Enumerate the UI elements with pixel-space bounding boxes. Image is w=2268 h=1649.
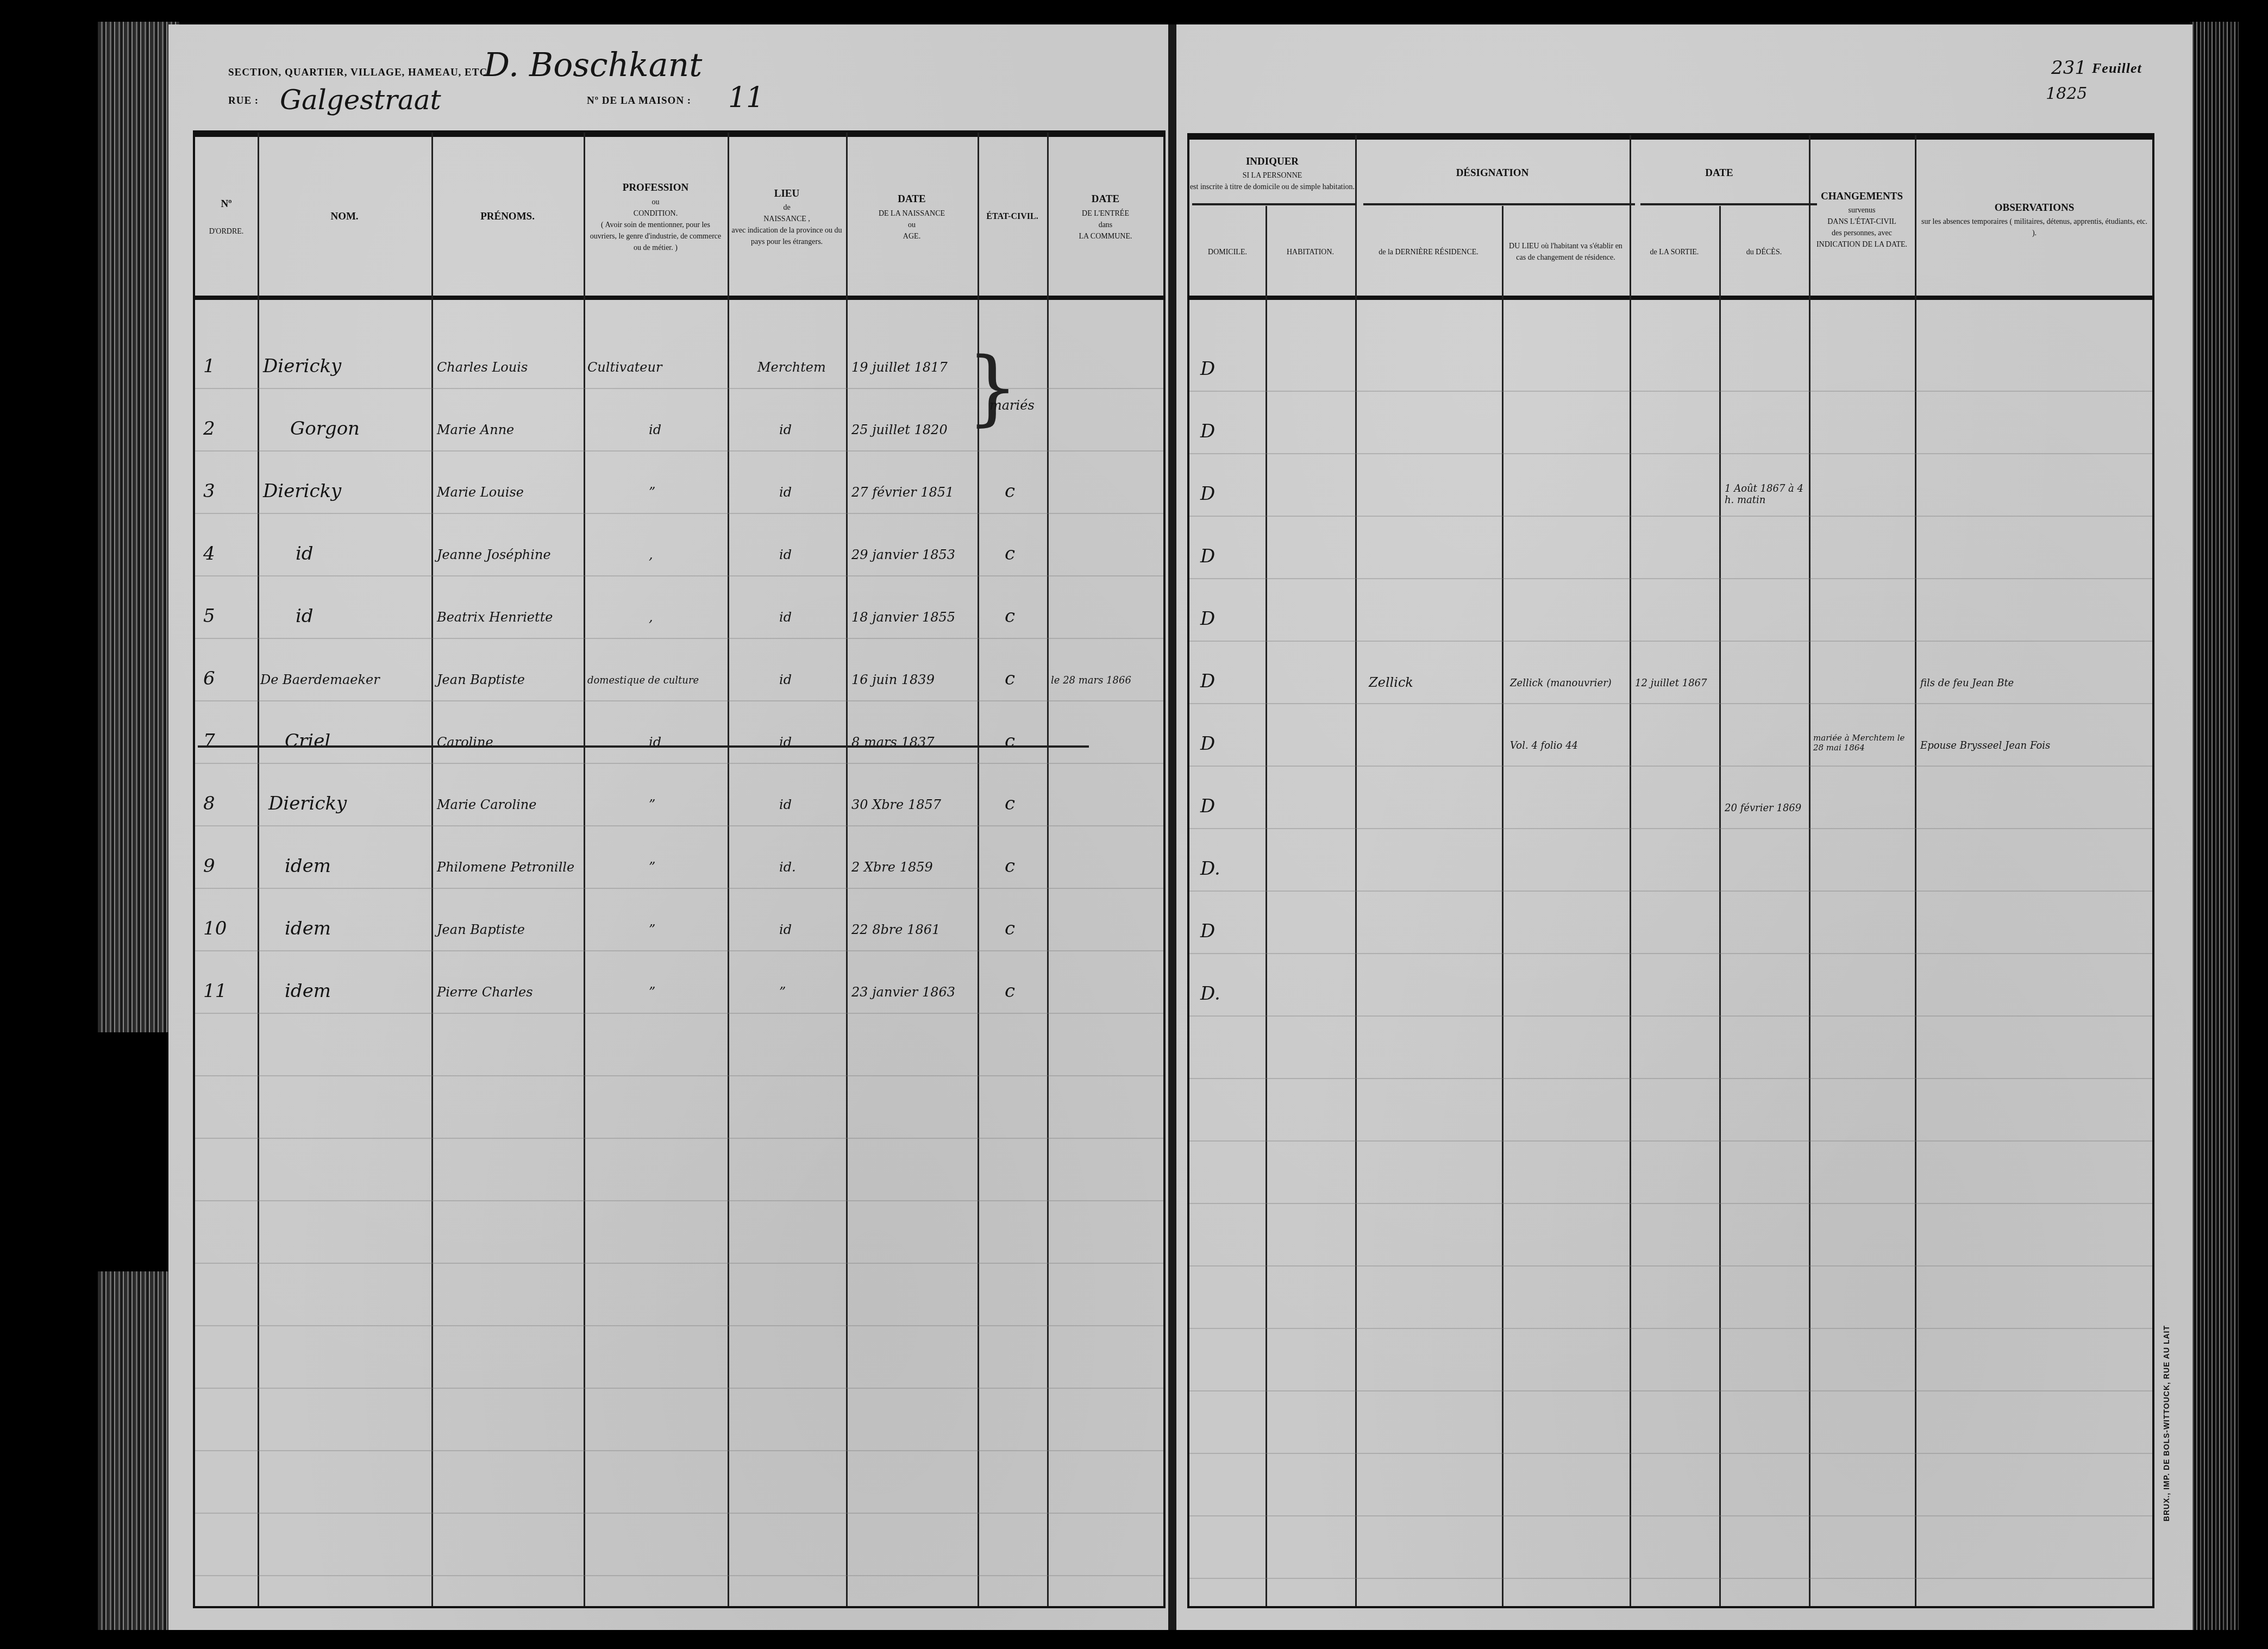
col-header-indiquer: INDIQUER SI LA PERSONNE est inscrite à t… xyxy=(1189,141,1355,206)
census-table-right: INDIQUER SI LA PERSONNE est inscrite à t… xyxy=(1187,133,2154,1608)
derniere-residence: Zellick xyxy=(1369,675,1413,690)
domicile-mark: D xyxy=(1200,733,1215,755)
street-label: RUE : xyxy=(228,95,259,107)
top-rule xyxy=(195,133,1163,137)
col-header-lieu: LIEU de NAISSANCE , avec indication de l… xyxy=(728,138,846,296)
folio-handwritten: 1825 xyxy=(2046,84,2087,103)
domicile-mark: D xyxy=(1200,483,1215,505)
header-rule xyxy=(195,296,1163,300)
col-header-changements: CHANGEMENTS survenus DANS L'ÉTAT-CIVIL d… xyxy=(1809,141,1915,298)
domicile-mark: D. xyxy=(1200,858,1220,880)
marriage-brace: } xyxy=(967,347,1018,429)
deces-date: 20 février 1869 xyxy=(1725,802,1801,814)
census-table-left: Nº D'ORDRE. NOM. PRÉNOMS. PROFESSION ou … xyxy=(193,130,1166,1608)
folio-number: 231 xyxy=(2051,57,2087,79)
lieu-etablissement: Zellick (manouvrier) xyxy=(1510,678,1612,689)
col-header-date-entree: DATE DE L'ENTRÉE dans LA COMMUNE. xyxy=(1047,138,1164,296)
col-header-date-naissance: DATE DE LA NAISSANCE ou AGE. xyxy=(846,138,978,296)
domicile-mark: D xyxy=(1200,670,1215,692)
observation: Epouse Brysseel Jean Fois xyxy=(1920,740,2050,751)
left-page: SECTION, QUARTIER, VILLAGE, HAMEAU, ETC.… xyxy=(168,24,1179,1630)
binding-tab xyxy=(22,1032,179,1271)
observation: fils de feu Jean Bte xyxy=(1920,678,2014,689)
col-header-sortie: de LA SORTIE. xyxy=(1630,209,1719,296)
bracket-note: mariés xyxy=(989,398,1035,413)
col-header-habitation: HABITATION. xyxy=(1265,209,1355,296)
col-header-profession: PROFESSION ou CONDITION. ( Avoir soin de… xyxy=(584,138,728,296)
col-header-etat-civil: ÉTAT-CIVIL. xyxy=(978,138,1047,296)
section-value: D. Boschkant xyxy=(484,46,702,84)
col-header-domicile: DOMICILE. xyxy=(1189,209,1265,296)
domicile-mark: D xyxy=(1200,546,1215,567)
domicile-mark: D xyxy=(1200,795,1215,817)
printer-mark: BRUX., IMP. DE BOLS-WITTOUCK, RUE AU LAI… xyxy=(2162,1325,2171,1521)
book-page-edges-left xyxy=(98,22,179,1630)
col-header-observations: OBSERVATIONS sur les absences temporaire… xyxy=(1915,141,2154,298)
col-header-derniere-residence: de la DERNIÈRE RÉSIDENCE. xyxy=(1355,209,1502,296)
col-header-lieu-etablissement: DU LIEU où l'habitant va s'établir en ca… xyxy=(1502,209,1630,296)
book-page-edges-right xyxy=(2190,22,2239,1630)
sortie-date: 12 juillet 1867 xyxy=(1635,678,1707,689)
domicile-mark: D xyxy=(1200,358,1215,380)
domicile-mark: D. xyxy=(1200,983,1220,1005)
lieu-etablissement: Vol. 4 folio 44 xyxy=(1510,740,1578,751)
domicile-mark: D xyxy=(1200,920,1215,942)
col-header-date: DATE xyxy=(1630,141,1809,206)
house-number-value: 11 xyxy=(728,81,764,114)
changement-etat-civil: mariée à Merchtem le 28 mai 1864 xyxy=(1813,733,1914,753)
right-page: 231 Feuillet 1825 INDIQUER SI LA PERSONN… xyxy=(1176,24,2192,1630)
col-header-prenoms: PRÉNOMS. xyxy=(431,138,584,296)
street-value: Galgestraat xyxy=(280,84,441,116)
domicile-mark: D xyxy=(1200,421,1215,442)
domicile-mark: D xyxy=(1200,608,1215,630)
col-header-designation: DÉSIGNATION xyxy=(1355,141,1630,206)
section-label: SECTION, QUARTIER, VILLAGE, HAMEAU, ETC. xyxy=(228,67,491,79)
folio-label: Feuillet xyxy=(2092,60,2142,77)
col-header-deces: du DÉCÈS. xyxy=(1719,209,1809,296)
deces-date: 1 Août 1867 à 4 h. matin xyxy=(1725,483,1806,506)
col-header-nom: NOM. xyxy=(258,138,431,296)
strikethrough-line xyxy=(198,745,1089,748)
col-header-no: Nº D'ORDRE. xyxy=(195,138,258,296)
house-number-label: Nº DE LA MAISON : xyxy=(587,95,691,107)
